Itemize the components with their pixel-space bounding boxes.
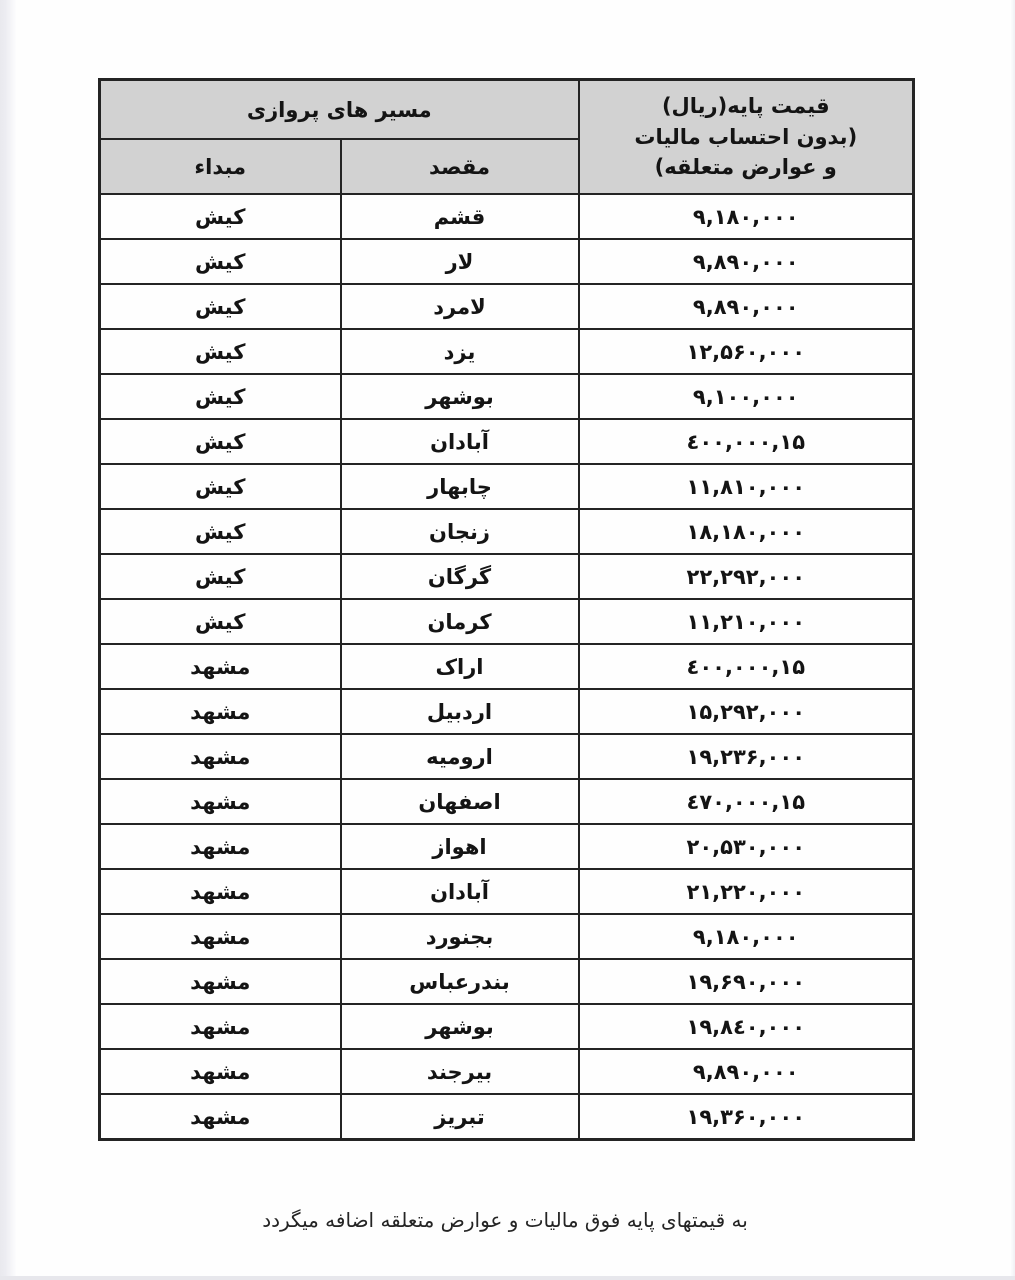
destination-cell: ارومیه [341,734,579,779]
price-header-line-3: و عوارض متعلقه) [580,152,913,182]
routes-header-cell: مسیر های پروازی [100,80,579,140]
table-row: کیش چابهار ۱۱,۸۱۰,۰۰۰ [100,464,914,509]
footnote: به قیمتهای پایه فوق مالیات و عوارض متعلق… [98,1208,912,1232]
origin-cell: کیش [100,194,341,239]
destination-cell: بندرعباس [341,959,579,1004]
price-header-cell: قیمت پایه(ریال) (بدون احتساب مالیات و عو… [579,80,914,195]
table-row: کیش گرگان ۲۲,۲۹۲,۰۰۰ [100,554,914,599]
table-row: کیش قشم ۹,۱۸۰,۰۰۰ [100,194,914,239]
destination-cell: اراک [341,644,579,689]
price-cell: ۲۰,۵۳۰,۰۰۰ [579,824,914,869]
origin-cell: مشهد [100,1094,341,1140]
fare-table-body: کیش قشم ۹,۱۸۰,۰۰۰ کیش لار ۹,۸۹۰,۰۰۰ کیش … [100,194,914,1140]
page-edge-shadow-right [1010,0,1015,1280]
fare-table-header: مسیر های پروازی قیمت پایه(ریال) (بدون اح… [100,80,914,195]
document-sheet: مسیر های پروازی قیمت پایه(ریال) (بدون اح… [17,0,1010,1276]
origin-cell: مشهد [100,959,341,1004]
destination-cell: بوشهر [341,374,579,419]
destination-cell: لار [341,239,579,284]
origin-cell: مشهد [100,1049,341,1094]
price-cell: ۹,۱۸۰,۰۰۰ [579,914,914,959]
destination-cell: کرمان [341,599,579,644]
table-row: کیش لار ۹,۸۹۰,۰۰۰ [100,239,914,284]
destination-cell: بوشهر [341,1004,579,1049]
origin-cell: مشهد [100,869,341,914]
fare-table: مسیر های پروازی قیمت پایه(ریال) (بدون اح… [98,78,915,1141]
price-cell: ۱۵,۲۹۲,۰۰۰ [579,689,914,734]
price-cell: ۱۵,٤۷۰,۰۰۰ [579,779,914,824]
origin-cell: مشهد [100,689,341,734]
price-cell: ۱۱,۸۱۰,۰۰۰ [579,464,914,509]
table-row: مشهد بیرجند ۹,۸۹۰,۰۰۰ [100,1049,914,1094]
table-row: کیش آبادان ۱۵,٤۰۰,۰۰۰ [100,419,914,464]
price-cell: ۹,۱۰۰,۰۰۰ [579,374,914,419]
origin-cell: مشهد [100,779,341,824]
destination-cell: قشم [341,194,579,239]
destination-cell: تبریز [341,1094,579,1140]
destination-cell: چابهار [341,464,579,509]
table-row: مشهد آبادان ۲۱,۲۲۰,۰۰۰ [100,869,914,914]
origin-header-cell: مبداء [100,139,341,194]
table-row: مشهد ارومیه ۱۹,۲۳۶,۰۰۰ [100,734,914,779]
origin-cell: کیش [100,329,341,374]
price-cell: ۹,۸۹۰,۰۰۰ [579,239,914,284]
price-cell: ۹,۸۹۰,۰۰۰ [579,1049,914,1094]
price-header-line-2: (بدون احتساب مالیات [580,122,913,152]
origin-cell: کیش [100,374,341,419]
header-row-routes: مسیر های پروازی قیمت پایه(ریال) (بدون اح… [100,80,914,140]
table-row: مشهد بوشهر ۱۹,۸٤۰,۰۰۰ [100,1004,914,1049]
price-cell: ۱۹,۳۶۰,۰۰۰ [579,1094,914,1140]
destination-cell: اصفهان [341,779,579,824]
table-row: مشهد اراک ۱۵,٤۰۰,۰۰۰ [100,644,914,689]
table-row: کیش بوشهر ۹,۱۰۰,۰۰۰ [100,374,914,419]
origin-cell: کیش [100,419,341,464]
destination-cell: گرگان [341,554,579,599]
destination-cell: آبادان [341,419,579,464]
price-cell: ۱۵,٤۰۰,۰۰۰ [579,419,914,464]
destination-cell: لامرد [341,284,579,329]
table-row: مشهد اردبیل ۱۵,۲۹۲,۰۰۰ [100,689,914,734]
destination-cell: یزد [341,329,579,374]
destination-cell: زنجان [341,509,579,554]
origin-cell: کیش [100,464,341,509]
table-row: مشهد بندرعباس ۱۹,۶۹۰,۰۰۰ [100,959,914,1004]
table-row: مشهد اهواز ۲۰,۵۳۰,۰۰۰ [100,824,914,869]
table-row: مشهد اصفهان ۱۵,٤۷۰,۰۰۰ [100,779,914,824]
price-header-line-1: قیمت پایه(ریال) [580,91,913,121]
price-cell: ۱۲,۵۶۰,۰۰۰ [579,329,914,374]
price-cell: ۹,۸۹۰,۰۰۰ [579,284,914,329]
price-cell: ۱۹,۶۹۰,۰۰۰ [579,959,914,1004]
price-cell: ۱۸,۱۸۰,۰۰۰ [579,509,914,554]
price-cell: ۲۲,۲۹۲,۰۰۰ [579,554,914,599]
destination-header-cell: مقصد [341,139,579,194]
origin-cell: کیش [100,284,341,329]
price-cell: ۱۹,۸٤۰,۰۰۰ [579,1004,914,1049]
page-edge-shadow-left [0,0,17,1280]
destination-cell: بجنورد [341,914,579,959]
origin-cell: کیش [100,509,341,554]
origin-cell: مشهد [100,644,341,689]
table-row: کیش یزد ۱۲,۵۶۰,۰۰۰ [100,329,914,374]
price-cell: ۹,۱۸۰,۰۰۰ [579,194,914,239]
price-cell: ۱۵,٤۰۰,۰۰۰ [579,644,914,689]
destination-cell: اهواز [341,824,579,869]
destination-cell: آبادان [341,869,579,914]
price-cell: ۱۹,۲۳۶,۰۰۰ [579,734,914,779]
price-cell: ۲۱,۲۲۰,۰۰۰ [579,869,914,914]
table-row: مشهد تبریز ۱۹,۳۶۰,۰۰۰ [100,1094,914,1140]
origin-cell: مشهد [100,824,341,869]
origin-cell: کیش [100,599,341,644]
table-row: کیش زنجان ۱۸,۱۸۰,۰۰۰ [100,509,914,554]
origin-cell: کیش [100,554,341,599]
table-row: کیش لامرد ۹,۸۹۰,۰۰۰ [100,284,914,329]
origin-cell: کیش [100,239,341,284]
table-row: کیش کرمان ۱۱,۲۱۰,۰۰۰ [100,599,914,644]
page-edge-shadow-bottom [0,1276,1015,1280]
destination-cell: اردبیل [341,689,579,734]
origin-cell: مشهد [100,734,341,779]
origin-cell: مشهد [100,1004,341,1049]
origin-cell: مشهد [100,914,341,959]
price-cell: ۱۱,۲۱۰,۰۰۰ [579,599,914,644]
destination-cell: بیرجند [341,1049,579,1094]
table-row: مشهد بجنورد ۹,۱۸۰,۰۰۰ [100,914,914,959]
